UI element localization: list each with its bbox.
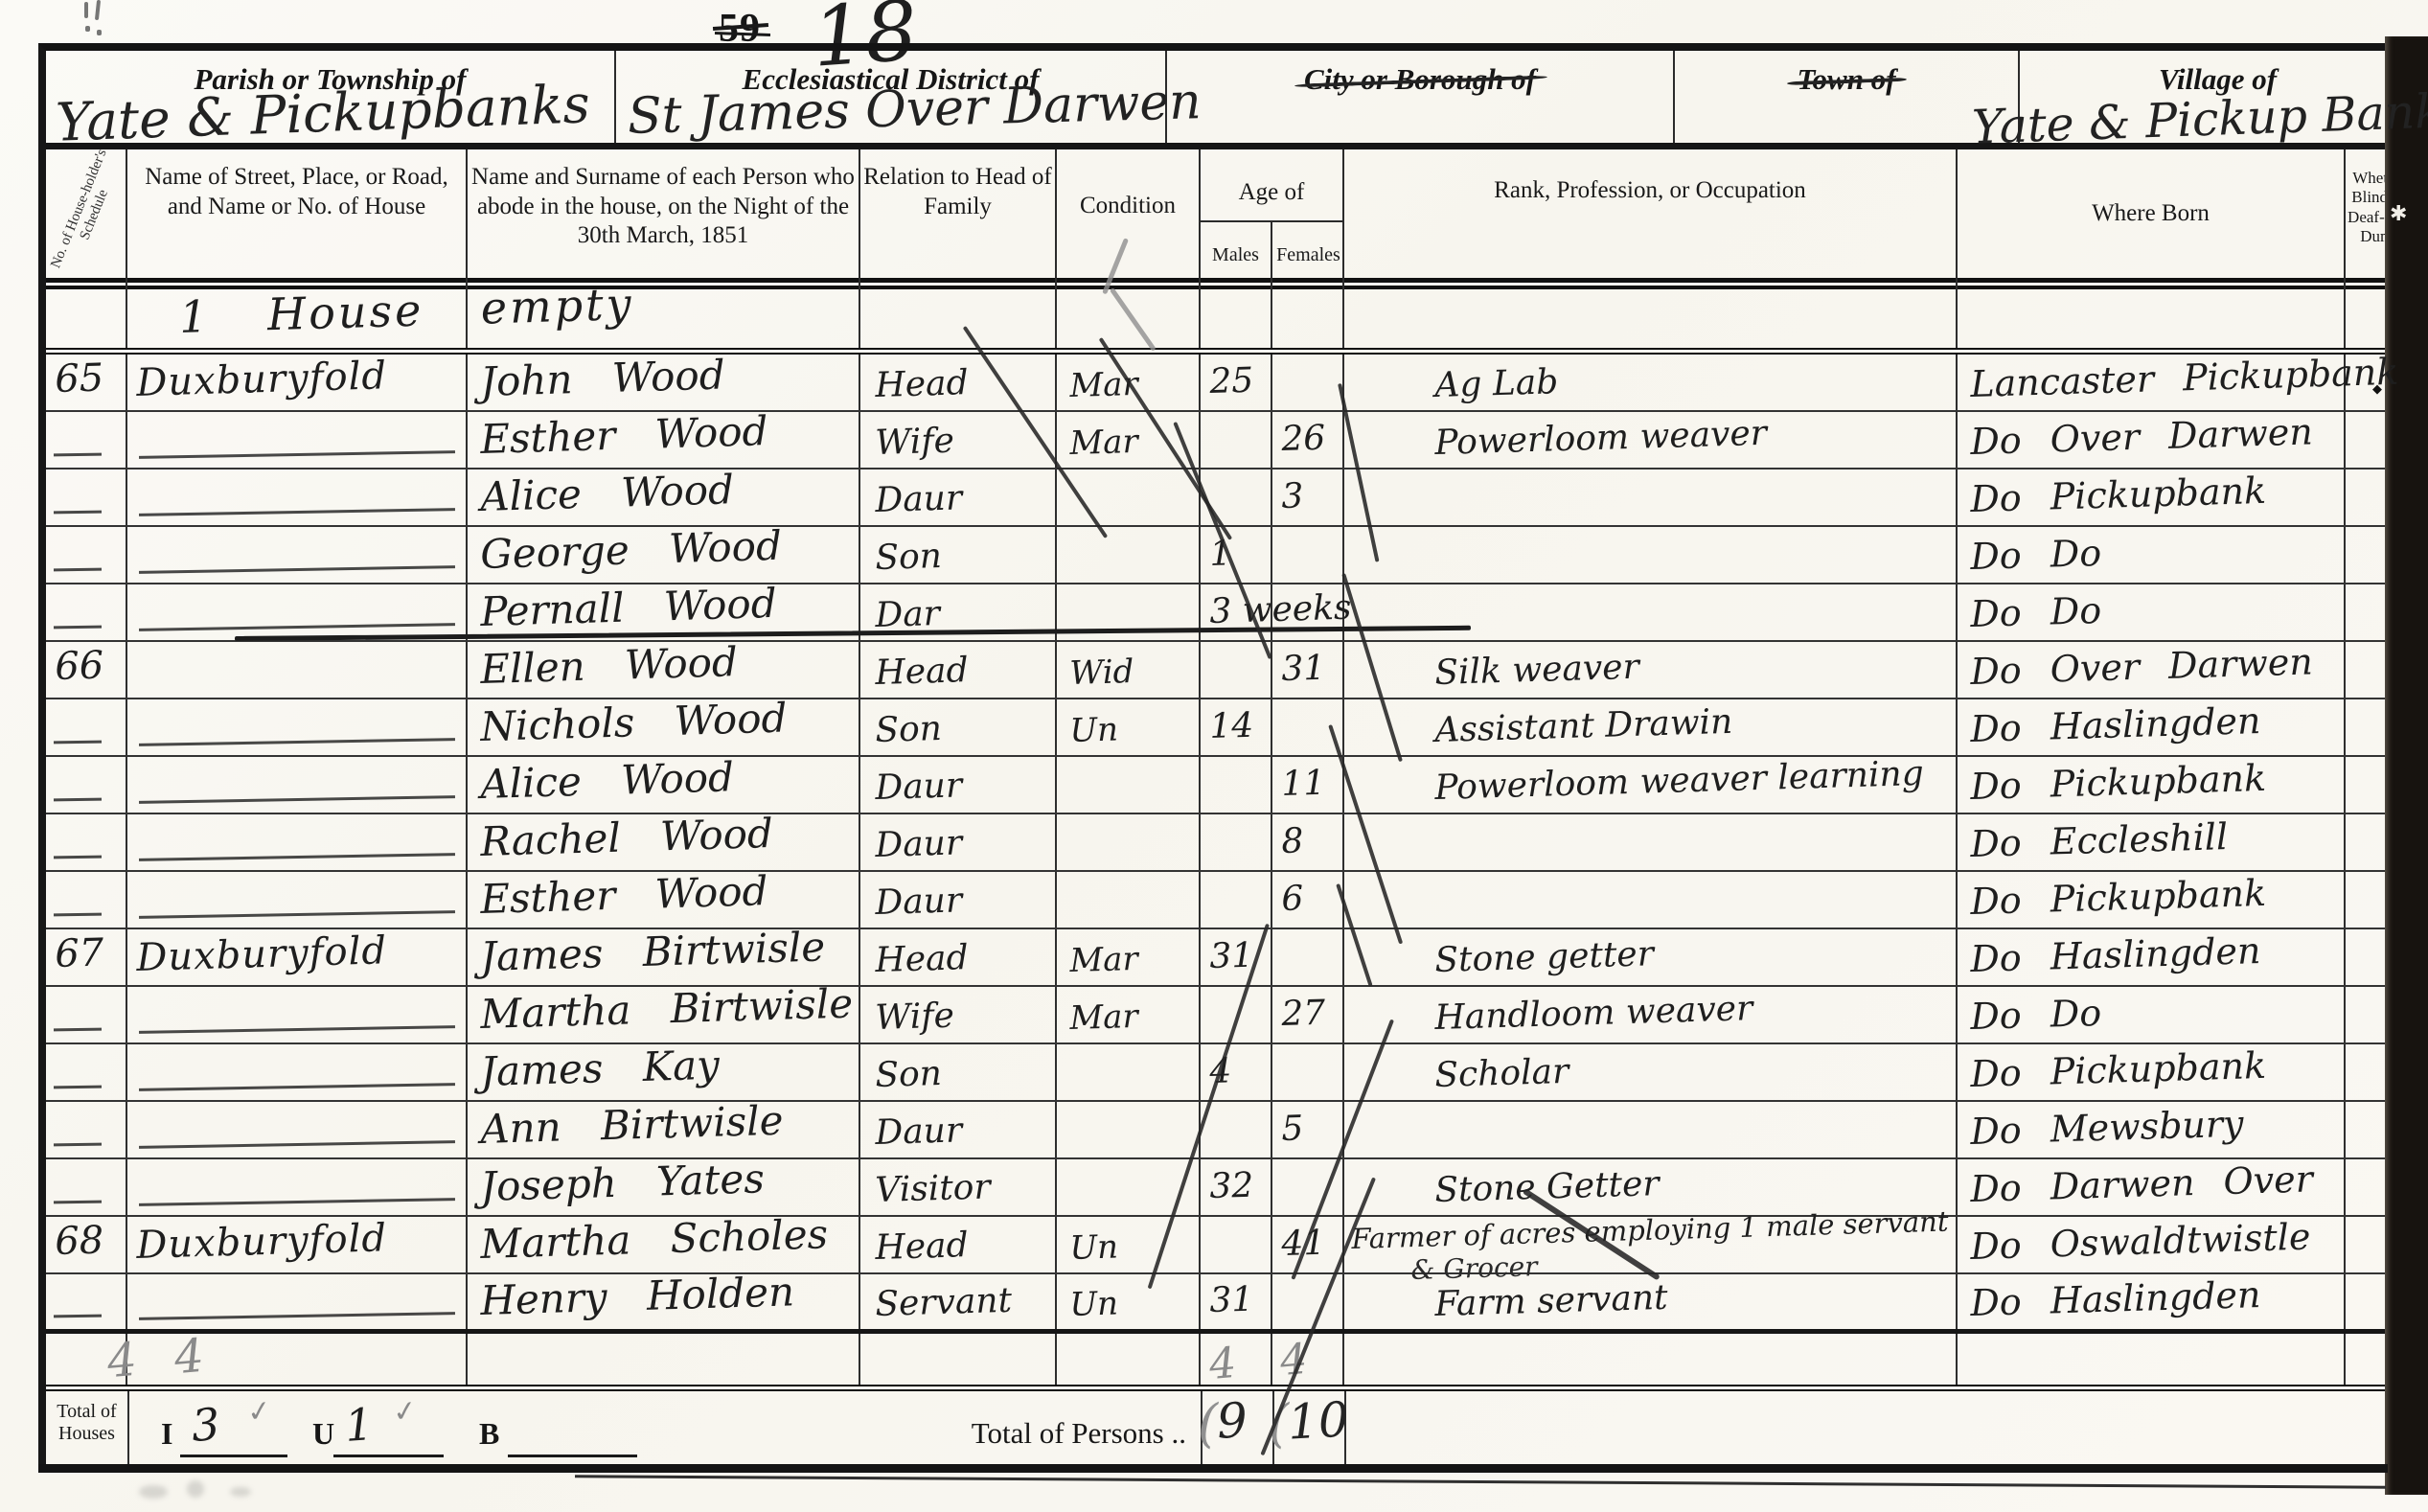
cell-relation: Son bbox=[860, 527, 1057, 583]
persons-males-total: 9 bbox=[1216, 1392, 1249, 1450]
total-of-persons-label: Total of Persons .. bbox=[908, 1416, 1186, 1451]
table-bottom-rule bbox=[38, 1464, 2388, 1473]
cell-occupation bbox=[1344, 1334, 1958, 1385]
cell-occupation: Powerloom weaver bbox=[1344, 412, 1958, 468]
pencil-mark bbox=[97, 30, 102, 35]
cell-occupation bbox=[1344, 289, 1958, 348]
cell-age-female bbox=[1272, 1044, 1344, 1100]
cell-relation bbox=[860, 289, 1057, 348]
town-header-cell: Town of bbox=[1675, 51, 2020, 143]
cell-where-born: Do Do bbox=[1958, 584, 2346, 640]
table-row: 66 Ellen Wood Head Wid 31 Silk weaver Do… bbox=[46, 642, 2416, 699]
table-row: Ann Birtwisle Daur 5 Do Mewsbury bbox=[46, 1102, 2416, 1159]
col-relation: Relation to Head of Family bbox=[860, 149, 1057, 289]
table-row: Alice Wood Daur 11 Powerloom weaver lear… bbox=[46, 757, 2416, 814]
cell-schedule-number bbox=[46, 412, 127, 468]
cell-where-born: Do Pickupbank bbox=[1958, 757, 2346, 813]
pencil-smudge bbox=[230, 1487, 251, 1497]
town-label-struck: Town of bbox=[1797, 62, 1895, 97]
table-bottom-rule-2 bbox=[575, 1475, 2386, 1489]
cell-age-male bbox=[1201, 412, 1272, 468]
cell-schedule-number: 68 bbox=[46, 1217, 127, 1272]
cell-relation: Head bbox=[860, 642, 1057, 698]
cell-person-name: Esther Wood bbox=[468, 872, 860, 928]
cell-street: Duxburyfold bbox=[127, 929, 468, 985]
cell-where-born: Do Over Darwen bbox=[1958, 412, 2346, 468]
cell-person-name: Martha Birtwisle bbox=[468, 987, 860, 1042]
cell-age-female bbox=[1272, 699, 1344, 755]
cell-person-name: George Wood bbox=[468, 527, 860, 583]
table-row: Pernall Wood Dar 3 weeks Do Do bbox=[46, 584, 2416, 642]
table-row: Esther Wood Wife Mar 26 Powerloom weaver… bbox=[46, 412, 2416, 470]
table-row: Esther Wood Daur 6 Do Pickupbank bbox=[46, 872, 2416, 929]
cell-street bbox=[127, 584, 468, 640]
cell-occupation: Ag Lab bbox=[1344, 355, 1958, 410]
cell-where-born: Do Do bbox=[1958, 987, 2346, 1042]
cell-schedule-number bbox=[46, 699, 127, 755]
pencil-paren: ( bbox=[1198, 1393, 1218, 1454]
table-row: 67 Duxburyfold James Birtwisle Head Mar … bbox=[46, 929, 2416, 987]
pencil-mark bbox=[84, 2, 88, 18]
cell-relation: Visitor bbox=[860, 1159, 1057, 1215]
cell-street bbox=[127, 1274, 468, 1329]
cell-age-female: 31 bbox=[1272, 642, 1344, 698]
pencil-mark bbox=[95, 0, 101, 20]
cell-schedule-number: 66 bbox=[46, 642, 127, 698]
col-born: Where Born bbox=[1958, 149, 2346, 289]
cell-relation: Son bbox=[860, 1044, 1057, 1100]
cell-occupation: Scholar bbox=[1344, 1044, 1958, 1100]
cell-condition bbox=[1057, 1102, 1201, 1157]
cell-street bbox=[127, 412, 468, 468]
cell-condition: Wid bbox=[1057, 642, 1201, 698]
cell-occupation: Silk weaver bbox=[1344, 642, 1958, 698]
cell-age-female: 6 bbox=[1272, 872, 1344, 928]
cell-where-born bbox=[1958, 1334, 2346, 1385]
cell-condition bbox=[1057, 527, 1201, 583]
scan-edge-band bbox=[2385, 36, 2428, 1495]
cell-age-male: 31 bbox=[1201, 1274, 1272, 1329]
cell-relation: Son bbox=[860, 699, 1057, 755]
cell-relation bbox=[860, 1334, 1057, 1385]
cell-age-female: 8 bbox=[1272, 814, 1344, 870]
cell-schedule-number bbox=[46, 1159, 127, 1215]
inhabited-letter: I bbox=[161, 1416, 172, 1452]
table-row: 65 Duxburyfold John Wood Head Mar 25 Ag … bbox=[46, 355, 2416, 412]
cell-person-name: Esther Wood bbox=[468, 412, 860, 468]
cell-condition: Mar bbox=[1057, 987, 1201, 1042]
cell-schedule-number bbox=[46, 584, 127, 640]
totals-band: Total of Houses I 3 ✓ U 1 ✓ B Total of P… bbox=[46, 1391, 2416, 1472]
col-street: Name of Street, Place, or Road, and Name… bbox=[127, 149, 468, 289]
cell-condition: Un bbox=[1057, 1274, 1201, 1329]
col-age: Age of Males Females bbox=[1201, 149, 1344, 289]
cell-age-female bbox=[1272, 289, 1344, 348]
cell-person-name: Joseph Yates bbox=[468, 1159, 860, 1215]
pencil-smudge bbox=[187, 1480, 204, 1498]
cell-where-born: Do Darwen Over bbox=[1958, 1159, 2346, 1215]
cell-age-female bbox=[1272, 929, 1344, 985]
cell-age-female bbox=[1272, 527, 1344, 583]
cell-street bbox=[127, 757, 468, 813]
cell-relation: Head bbox=[860, 1217, 1057, 1272]
cell-age-male: 14 bbox=[1201, 699, 1272, 755]
table-row: Alice Wood Daur 3 Do Pickupbank bbox=[46, 470, 2416, 527]
cell-schedule-number: 67 bbox=[46, 929, 127, 985]
cell-relation: Daur bbox=[860, 814, 1057, 870]
cell-where-born: Do Pickupbank bbox=[1958, 872, 2346, 928]
cell-occupation: Stone getter bbox=[1344, 929, 1958, 985]
cell-where-born: Do Haslingden bbox=[1958, 699, 2346, 755]
cell-schedule-number bbox=[46, 1274, 127, 1329]
cell-person-name: James Birtwisle bbox=[468, 929, 860, 985]
cell-where-born: Do Mewsbury bbox=[1958, 1102, 2346, 1157]
cell-schedule-number bbox=[46, 470, 127, 525]
cell-age-female: 11 bbox=[1272, 757, 1344, 813]
cell-relation: Wife bbox=[860, 987, 1057, 1042]
check-mark: ✓ bbox=[245, 1393, 274, 1430]
cell-age-female: 27 bbox=[1272, 987, 1344, 1042]
cell-occupation: Handloom weaver bbox=[1344, 987, 1958, 1042]
cell-street: Duxburyfold bbox=[127, 355, 468, 410]
cell-where-born: Do Do bbox=[1958, 527, 2346, 583]
age-females-label: Females bbox=[1272, 222, 1344, 289]
cell-person-name: Alice Wood bbox=[468, 470, 860, 525]
cell-where-born: Do Pickupbank bbox=[1958, 1044, 2346, 1100]
cell-occupation bbox=[1344, 527, 1958, 583]
pencil-age-male-tally: 4 bbox=[1207, 1339, 1238, 1389]
cell-street: Duxburyfold bbox=[127, 1217, 468, 1272]
census-table: Parish or Township of Ecclesiastical Dis… bbox=[38, 43, 2418, 1472]
cell-person-name: James Kay bbox=[468, 1044, 860, 1100]
cell-person-name: Alice Wood bbox=[468, 757, 860, 813]
cell-age-male bbox=[1201, 814, 1272, 870]
cell-occupation bbox=[1344, 1102, 1958, 1157]
cell-occupation: Farmer of acres employing 1 male servant… bbox=[1344, 1217, 1958, 1272]
cell-schedule-number: 65 bbox=[46, 355, 127, 410]
total-of-houses-label: Total of Houses bbox=[46, 1401, 127, 1445]
cell-relation: Daur bbox=[860, 757, 1057, 813]
city-label-struck: City or Borough of bbox=[1304, 62, 1536, 97]
cell-age-male bbox=[1201, 642, 1272, 698]
table-row: Joseph Yates Visitor 32 Stone Getter Do … bbox=[46, 1159, 2416, 1217]
cell-where-born: Do Over Darwen bbox=[1958, 642, 2346, 698]
cell-person-name: Martha Scholes bbox=[468, 1217, 860, 1272]
cell-where-born: Do Oswaldtwistle bbox=[1958, 1217, 2346, 1272]
cell-where-born: Do Eccleshill bbox=[1958, 814, 2346, 870]
cell-schedule-number bbox=[46, 1044, 127, 1100]
col-name: Name and Surname of each Person who abod… bbox=[468, 149, 860, 289]
cell-relation: Daur bbox=[860, 872, 1057, 928]
cell-person-name: Ann Birtwisle bbox=[468, 1102, 860, 1157]
table-row: Nichols Wood Son Un 14 Assistant Drawin … bbox=[46, 699, 2416, 757]
cell-age-female: 41 bbox=[1272, 1217, 1344, 1272]
age-of-label: Age of bbox=[1201, 163, 1342, 222]
cell-person-name: Rachel Wood bbox=[468, 814, 860, 870]
cell-where-born: Lancaster Pickupbank bbox=[1958, 355, 2346, 410]
cell-schedule-number bbox=[46, 527, 127, 583]
cell-street bbox=[127, 1044, 468, 1100]
cell-schedule-number bbox=[46, 814, 127, 870]
cell-age-male: 25 bbox=[1201, 355, 1272, 410]
cell-relation: Daur bbox=[860, 1102, 1057, 1157]
cell-schedule-number bbox=[46, 1102, 127, 1157]
table-row: James Kay Son 4 Scholar Do Pickupbank bbox=[46, 1044, 2416, 1102]
census-scan-page: 59 18 Parish or Township of Ecclesiastic… bbox=[0, 0, 2428, 1512]
cell-age-male bbox=[1201, 289, 1272, 348]
cell-street bbox=[127, 642, 468, 698]
pencil-smudge bbox=[139, 1485, 168, 1499]
cell-relation: Head bbox=[860, 355, 1057, 410]
cell-relation: Daur bbox=[860, 470, 1057, 525]
pencil-mark bbox=[85, 26, 90, 32]
cell-where-born bbox=[1958, 289, 2346, 348]
cell-occupation bbox=[1344, 470, 1958, 525]
persons-females-total: 10 bbox=[1287, 1391, 1351, 1450]
cell-age-male: 32 bbox=[1201, 1159, 1272, 1215]
cell-street bbox=[127, 527, 468, 583]
cell-person-name bbox=[468, 1334, 860, 1385]
check-mark: ✓ bbox=[391, 1393, 420, 1430]
cell-age-male bbox=[1201, 1217, 1272, 1272]
cell-schedule-number bbox=[46, 872, 127, 928]
table-row: 68 Duxburyfold Martha Scholes Head Un 41… bbox=[46, 1217, 2416, 1274]
cell-street bbox=[127, 699, 468, 755]
pencil-tally: 4 bbox=[172, 1329, 206, 1385]
cell-street bbox=[127, 1159, 468, 1215]
uninhabited-letter: U bbox=[312, 1416, 334, 1452]
cell-condition bbox=[1057, 1044, 1201, 1100]
cell-relation: Servant bbox=[860, 1274, 1057, 1329]
cell-age-female: 5 bbox=[1272, 1102, 1344, 1157]
edge-dot-mark: ◆ bbox=[2372, 381, 2382, 397]
cell-street bbox=[127, 872, 468, 928]
cell-occupation bbox=[1344, 814, 1958, 870]
cell-condition bbox=[1057, 872, 1201, 928]
cell-age-male bbox=[1201, 757, 1272, 813]
table-row: 1 House empty bbox=[46, 289, 2416, 355]
cell-condition bbox=[1057, 814, 1201, 870]
cell-street: 1 House empty bbox=[127, 289, 468, 348]
uninhabited-count: 1 bbox=[343, 1398, 375, 1452]
cell-condition bbox=[1057, 757, 1201, 813]
cell-person-name: Nichols Wood bbox=[468, 699, 860, 755]
census-rows: 1 House empty 65 Duxburyfold John Wood H… bbox=[46, 289, 2416, 1391]
cell-age-female: 3 bbox=[1272, 470, 1344, 525]
col-schedule: No. of House-holder's Schedule bbox=[46, 149, 127, 289]
cell-where-born: Do Pickupbank bbox=[1958, 470, 2346, 525]
pencil-tally: 4 bbox=[105, 1333, 139, 1388]
cell-condition bbox=[1057, 1334, 1201, 1385]
cell-schedule-number bbox=[46, 289, 127, 348]
edge-star-mark: ✱ bbox=[2390, 201, 2407, 226]
cell-age-male bbox=[1201, 872, 1272, 928]
cell-where-born: Do Haslingden bbox=[1958, 929, 2346, 985]
cell-age-male bbox=[1201, 1102, 1272, 1157]
city-header-cell: City or Borough of bbox=[1167, 51, 1675, 143]
cell-person-name: John Wood bbox=[468, 355, 860, 410]
cell-condition: Mar bbox=[1057, 929, 1201, 985]
inhabited-count: 3 bbox=[190, 1398, 221, 1452]
cell-schedule-number bbox=[46, 757, 127, 813]
cell-condition: Un bbox=[1057, 1217, 1201, 1272]
cell-street bbox=[127, 814, 468, 870]
cell-street bbox=[127, 470, 468, 525]
table-row: Henry Holden Servant Un 31 Farm servant … bbox=[46, 1274, 2416, 1334]
cell-relation: Head bbox=[860, 929, 1057, 985]
cell-occupation bbox=[1344, 584, 1958, 640]
table-row: Rachel Wood Daur 8 Do Eccleshill bbox=[46, 814, 2416, 872]
cell-street bbox=[127, 1102, 468, 1157]
cell-age-female: 26 bbox=[1272, 412, 1344, 468]
cell-person-name: Henry Holden bbox=[468, 1274, 860, 1329]
cell-occupation bbox=[1344, 872, 1958, 928]
age-males-label: Males bbox=[1201, 222, 1272, 289]
cell-where-born: Do Haslingden bbox=[1958, 1274, 2346, 1329]
cell-street bbox=[127, 987, 468, 1042]
col-occupation: Rank, Profession, or Occupation bbox=[1344, 149, 1958, 289]
col-condition: Condition bbox=[1057, 149, 1201, 289]
cell-schedule-number bbox=[46, 987, 127, 1042]
cell-age-female bbox=[1272, 355, 1344, 410]
column-header-band: No. of House-holder's Schedule Name of S… bbox=[46, 149, 2416, 278]
cell-occupation: Powerloom weaver learning bbox=[1344, 757, 1958, 813]
cell-occupation: Assistant Drawin bbox=[1344, 699, 1958, 755]
building-letter: B bbox=[479, 1416, 499, 1452]
cell-condition: Un bbox=[1057, 699, 1201, 755]
cell-person-name: Ellen Wood bbox=[468, 642, 860, 698]
